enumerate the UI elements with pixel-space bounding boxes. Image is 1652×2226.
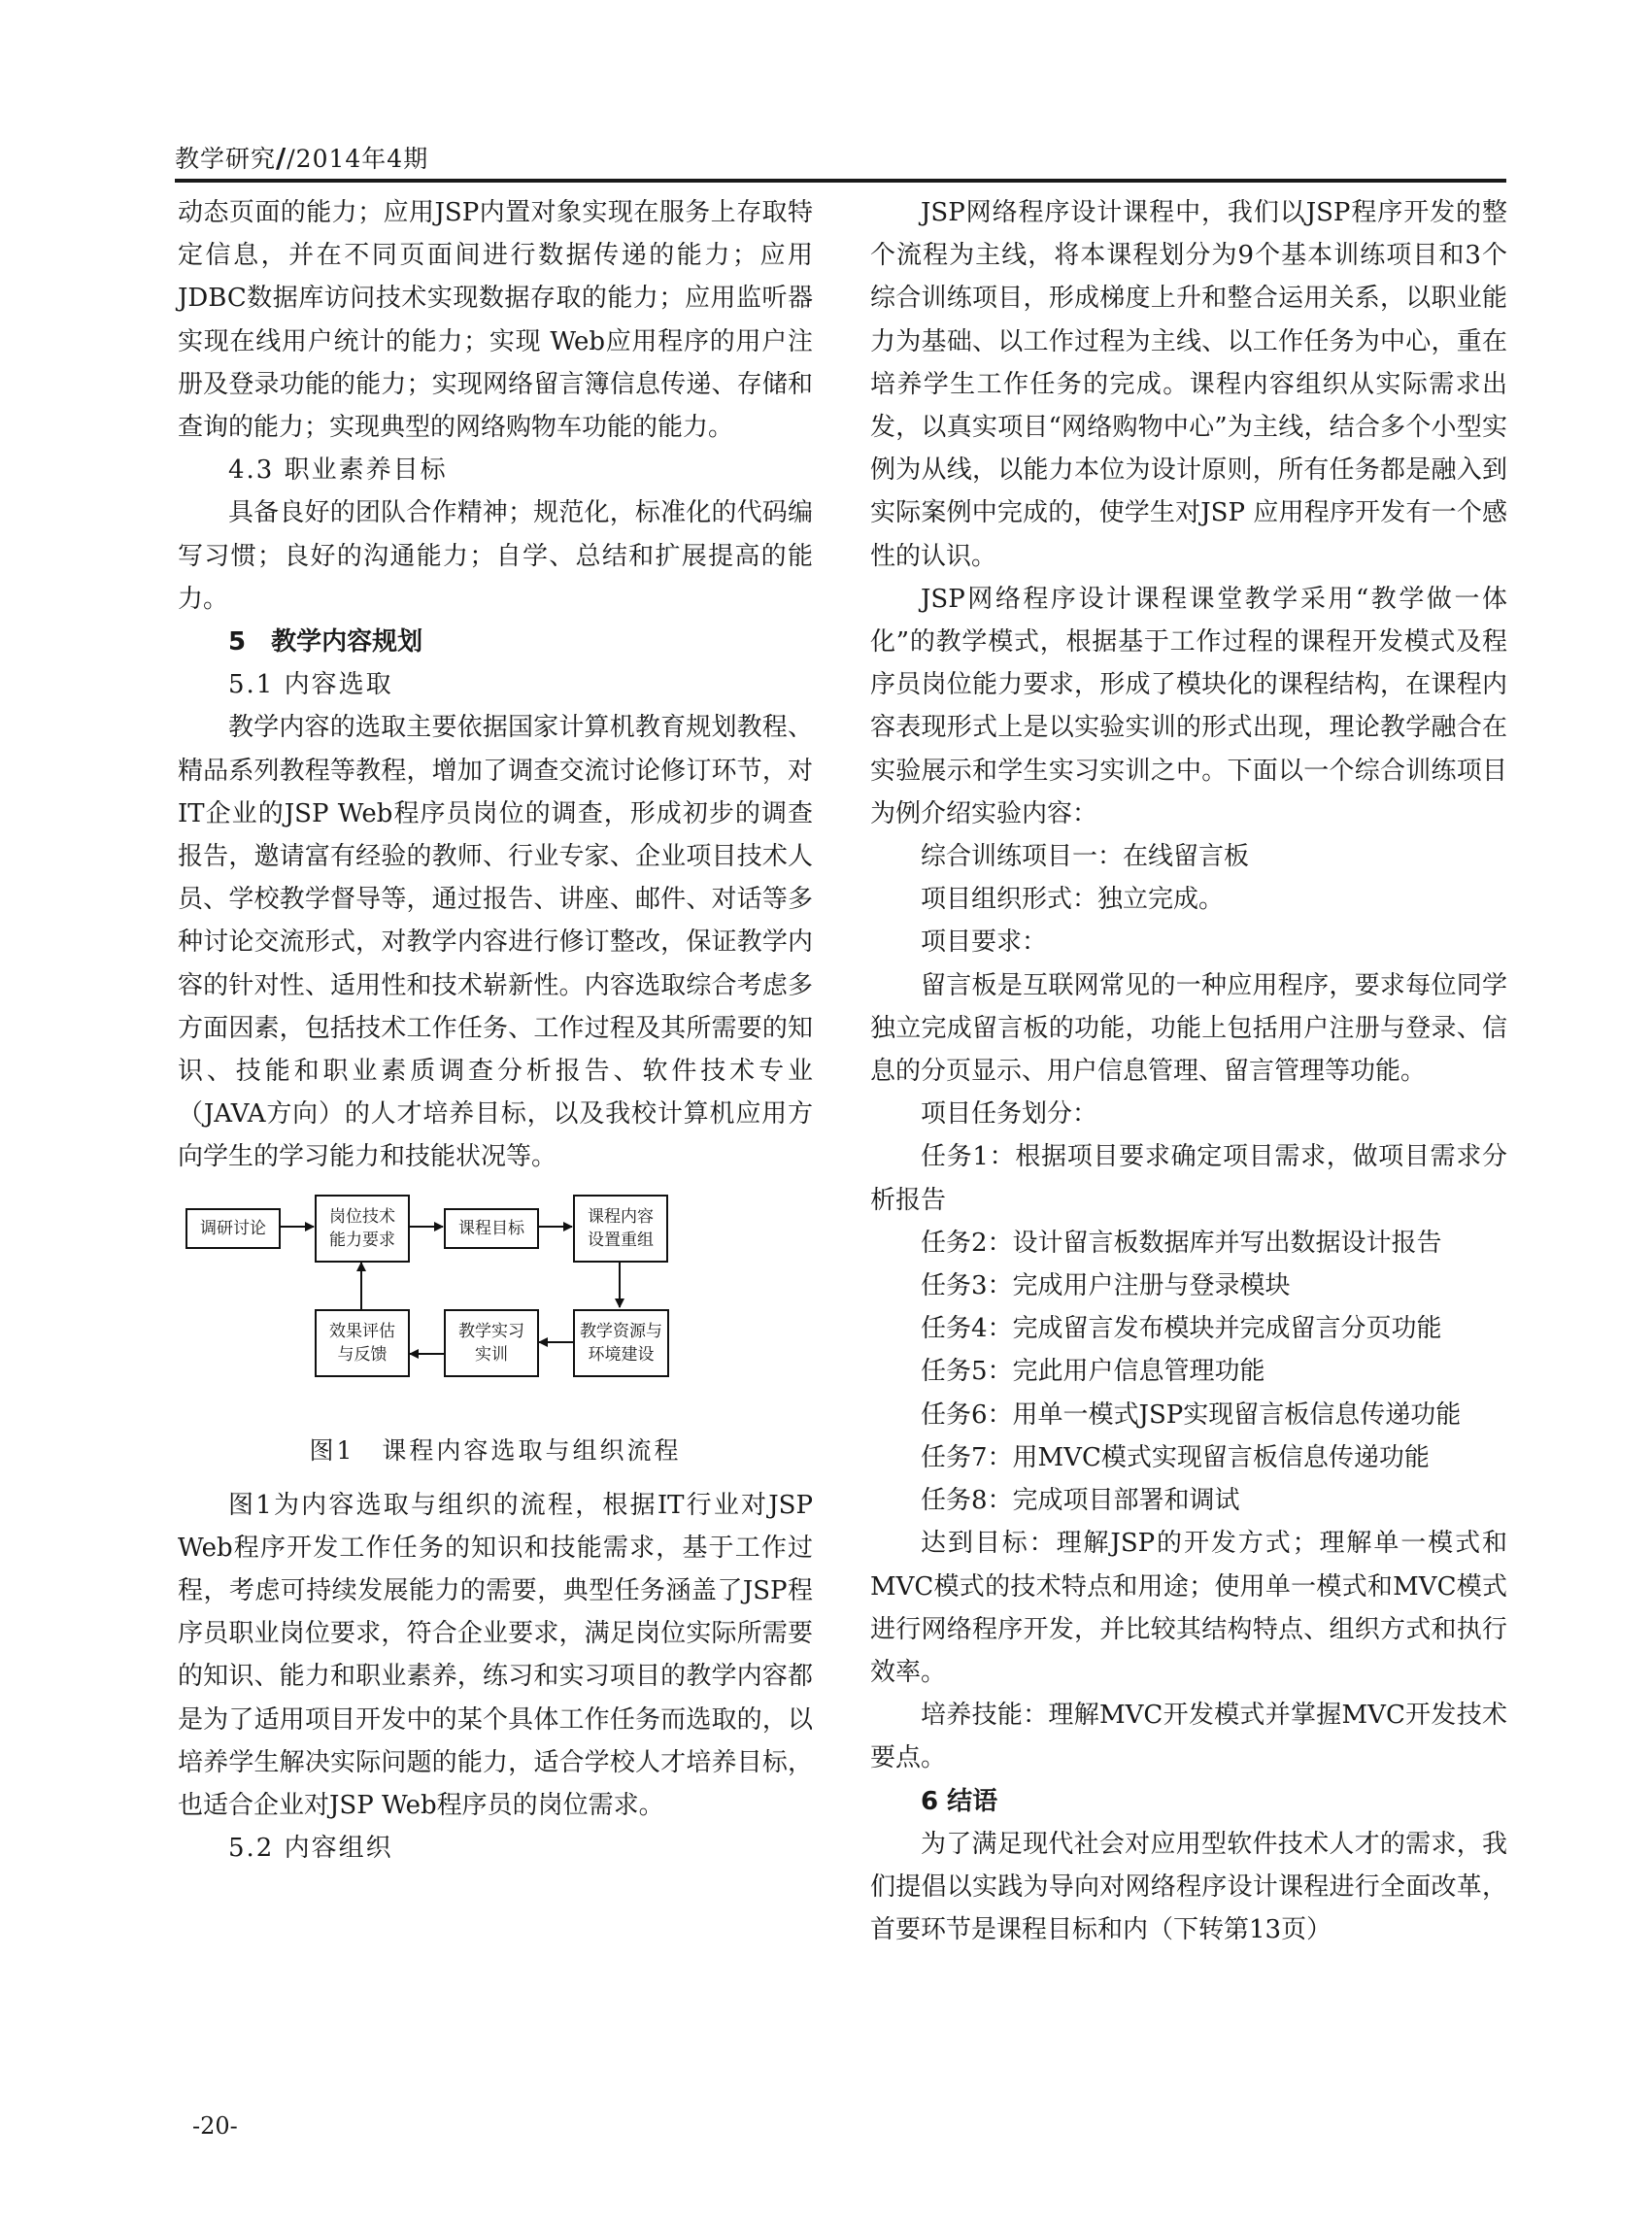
section-heading-5-1: 5.1 内容选取	[178, 663, 813, 706]
section-heading-4-3: 4.3 职业素养目标	[178, 449, 813, 491]
left-column: 动态页面的能力；应用JSP内置对象实现在服务上存取特定信息，并在不同页面间进行数…	[178, 191, 813, 1871]
node-evaluation: 效果评估 与反馈	[315, 1309, 410, 1377]
tasks-label: 项目任务划分：	[870, 1093, 1507, 1135]
node-content-reorg: 课程内容 设置重组	[573, 1195, 668, 1263]
goals-paragraph: 达到目标：理解JSP的开发方式；理解单一模式和MVC模式的技术特点和用途；使用单…	[870, 1522, 1507, 1694]
section-heading-5-2: 5.2 内容组织	[178, 1827, 813, 1870]
node-course-goal: 课程目标	[444, 1208, 539, 1249]
header-rule	[175, 179, 1506, 183]
section-heading-6: 6 结语	[870, 1780, 1507, 1823]
skills-paragraph: 培养技能：理解MVC开发模式并掌握MVC开发技术要点。	[870, 1694, 1507, 1779]
task-item: 任务7：用MVC模式实现留言板信息传递功能	[870, 1436, 1507, 1479]
node-practice: 教学实习 实训	[444, 1309, 539, 1377]
paragraph: 具备良好的团队合作精神；规范化，标准化的代码编写习惯；良好的沟通能力；自学、总结…	[178, 491, 813, 621]
node-research: 调研讨论	[185, 1208, 281, 1249]
header-separator: /	[276, 142, 287, 174]
issue-label: /2014年4期	[287, 145, 428, 173]
page-number: -20-	[192, 2112, 238, 2140]
journal-name: 教学研究	[175, 145, 276, 173]
running-header: 教学研究//2014年4期	[175, 143, 428, 175]
section-heading-5: 5 教学内容规划	[178, 621, 813, 663]
requirements-label: 项目要求：	[870, 921, 1507, 963]
task-item: 任务5：完此用户信息管理功能	[870, 1350, 1507, 1393]
right-column: JSP网络程序设计课程中，我们以JSP程序开发的整个流程为主线，将本课程划分为9…	[870, 191, 1507, 1951]
journal-page: 教学研究//2014年4期 动态页面的能力；应用JSP内置对象实现在服务上存取特…	[0, 0, 1652, 2226]
task-item: 任务8：完成项目部署和调试	[870, 1479, 1507, 1522]
paragraph: 图1为内容选取与组织的流程，根据IT行业对JSP Web程序开发工作任务的知识和…	[178, 1484, 813, 1828]
project-title: 综合训练项目一：在线留言板	[870, 835, 1507, 878]
paragraph: JSP网络程序设计课程课堂教学采用“教学做一体化”的教学模式，根据基于工作过程的…	[870, 578, 1507, 835]
paragraph: JSP网络程序设计课程中，我们以JSP程序开发的整个流程为主线，将本课程划分为9…	[870, 191, 1507, 578]
conclusion-paragraph: 为了满足现代社会对应用型软件技术人才的需求，我们提倡以实践为导向对网络程序设计课…	[870, 1823, 1507, 1952]
task-item: 任务2：设计留言板数据库并写出数据设计报告	[870, 1222, 1507, 1265]
task-item: 任务3：完成用户注册与登录模块	[870, 1265, 1507, 1307]
paragraph: 教学内容的选取主要依据国家计算机教育规划教程、精品系列教程等教程，增加了调查交流…	[178, 706, 813, 1178]
requirements-text: 留言板是互联网常见的一种应用程序，要求每位同学独立完成留言板的功能，功能上包括用…	[870, 964, 1507, 1094]
node-resources: 教学资源与 环境建设	[573, 1309, 669, 1377]
task-item: 任务6：用单一模式JSP实现留言板信息传递功能	[870, 1394, 1507, 1436]
project-form: 项目组织形式：独立完成。	[870, 878, 1507, 921]
node-job-skills: 岗位技术 能力要求	[315, 1195, 410, 1263]
task-item: 任务4：完成留言发布模块并完成留言分页功能	[870, 1307, 1507, 1350]
paragraph: 动态页面的能力；应用JSP内置对象实现在服务上存取特定信息，并在不同页面间进行数…	[178, 191, 813, 449]
figure-1-flowchart: 调研讨论 岗位技术 能力要求 课程目标 课程内容 设置重组 教学资源与 环境建设…	[178, 1183, 813, 1474]
task-item: 任务1：根据项目要求确定项目需求，做项目需求分析报告	[870, 1135, 1507, 1221]
figure-caption: 图1 课程内容选取与组织流程	[178, 1430, 813, 1472]
